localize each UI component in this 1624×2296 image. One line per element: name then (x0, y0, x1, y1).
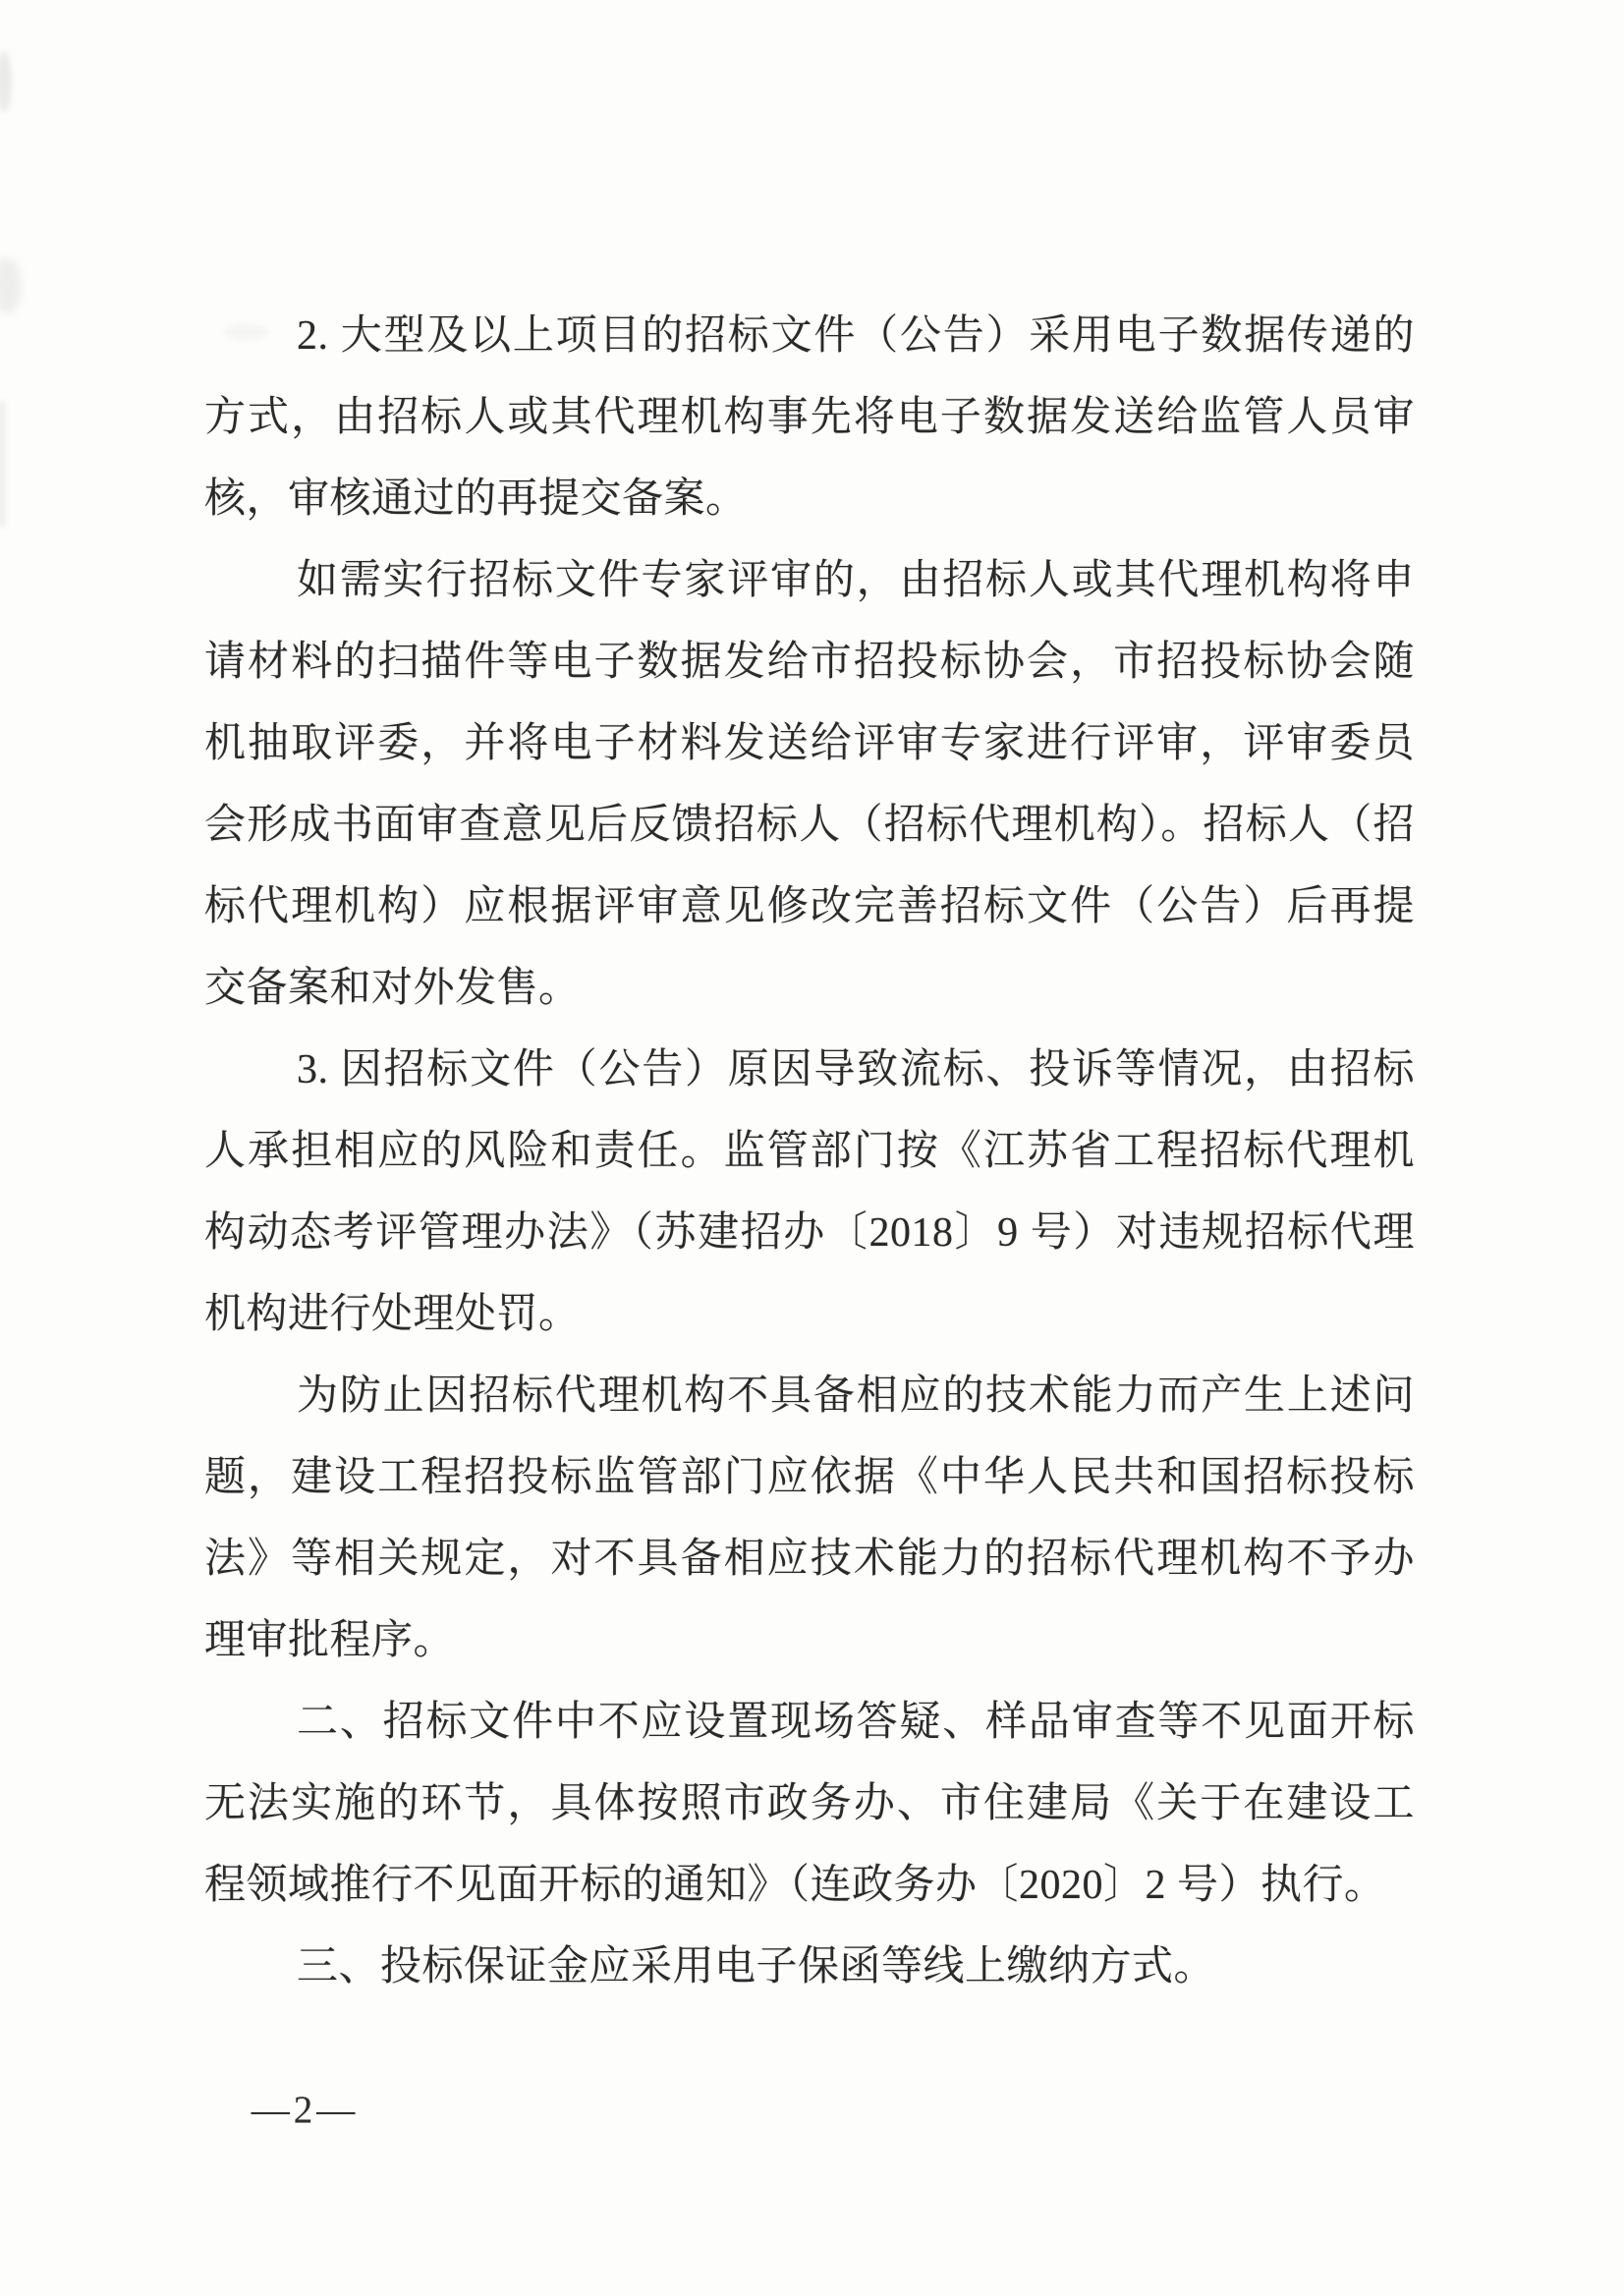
paragraph-section-2: 二、招标文件中不应设置现场答疑、样品审查等不见面开标 无法实施的环节，具体按照市… (204, 1682, 1415, 1927)
text-line: 核，审核通过的再提交备案。 (204, 459, 1415, 540)
text-line: 构动态考评管理办法》（苏建招办〔2018〕9 号）对违规招标代理 (204, 1193, 1415, 1274)
paragraph-item-2: 2. 大型及以上项目的招标文件（公告）采用电子数据传递的 方式，由招标人或其代理… (204, 296, 1415, 540)
text-line: 理审批程序。 (204, 1600, 1415, 1682)
scan-smudge-left-top (0, 51, 12, 112)
scan-streak-left (0, 401, 6, 527)
text-line: 3. 因招标文件（公告）原因导致流标、投诉等情况，由招标 (204, 1030, 1415, 1111)
text-line: 机构进行处理处罚。 (204, 1274, 1415, 1356)
paragraph-expert-review: 如需实行招标文件专家评审的，由招标人或其代理机构将申 请材料的扫描件等电子数据发… (204, 540, 1415, 1030)
text-line: 二、招标文件中不应设置现场答疑、样品审查等不见面开标 (204, 1682, 1415, 1764)
page-number: —2— (234, 2069, 376, 2151)
paragraph-section-3: 三、投标保证金应采用电子保函等线上缴纳方式。 (204, 1927, 1415, 2008)
scan-smudge-left-mid (0, 257, 22, 314)
text-line: 标代理机构）应根据评审意见修改完善招标文件（公告）后再提 (204, 867, 1415, 948)
scanned-document-page: 2. 大型及以上项目的招标文件（公告）采用电子数据传递的 方式，由招标人或其代理… (0, 0, 1624, 2296)
text-line: 法》等相关规定，对不具备相应技术能力的招标代理机构不予办 (204, 1519, 1415, 1600)
text-line: 如需实行招标文件专家评审的，由招标人或其代理机构将申 (204, 540, 1415, 622)
text-line: 请材料的扫描件等电子数据发给市招投标协会，市招投标协会随 (204, 622, 1415, 703)
text-line: 方式，由招标人或其代理机构事先将电子数据发送给监管人员审 (204, 377, 1415, 459)
text-line: 机抽取评委，并将电子材料发送给评审专家进行评审，评审委员 (204, 703, 1415, 785)
text-line: 会形成书面审查意见后反馈招标人（招标代理机构）。招标人（招 (204, 785, 1415, 867)
paragraph-item-3: 3. 因招标文件（公告）原因导致流标、投诉等情况，由招标 人承担相应的风险和责任… (204, 1030, 1415, 1356)
text-line: 2. 大型及以上项目的招标文件（公告）采用电子数据传递的 (204, 296, 1415, 377)
text-line: 题，建设工程招投标监管部门应依据《中华人民共和国招标投标 (204, 1437, 1415, 1519)
text-line: 程领域推行不见面开标的通知》（连政务办〔2020〕2 号）执行。 (204, 1845, 1415, 1927)
document-body: 2. 大型及以上项目的招标文件（公告）采用电子数据传递的 方式，由招标人或其代理… (204, 296, 1415, 2008)
text-line: 交备案和对外发售。 (204, 948, 1415, 1030)
text-line: 三、投标保证金应采用电子保函等线上缴纳方式。 (204, 1927, 1415, 2008)
text-line: 人承担相应的风险和责任。监管部门按《江苏省工程招标代理机 (204, 1111, 1415, 1193)
text-line: 为防止因招标代理机构不具备相应的技术能力而产生上述问 (204, 1356, 1415, 1437)
paragraph-prevention: 为防止因招标代理机构不具备相应的技术能力而产生上述问 题，建设工程招投标监管部门… (204, 1356, 1415, 1682)
text-line: 无法实施的环节，具体按照市政务办、市住建局《关于在建设工 (204, 1764, 1415, 1845)
